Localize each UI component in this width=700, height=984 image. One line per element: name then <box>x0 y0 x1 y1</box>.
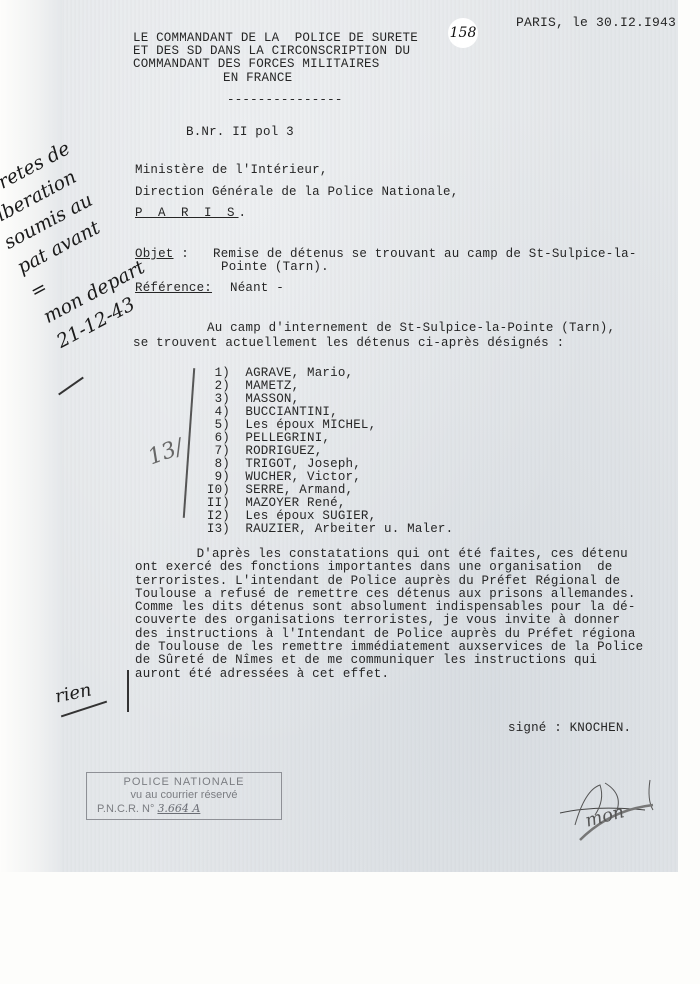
body-line: des instructions à l'Intendant de Police… <box>135 628 643 641</box>
detainee-name: PELLEGRINI, <box>230 431 330 445</box>
reference-text: Néant - <box>230 282 284 295</box>
detainee-list: 1) AGRAVE, Mario,2) MAMETZ,3) MASSON,4) … <box>204 367 453 536</box>
body-line: terroristes. L'intendant de Police auprè… <box>135 575 643 588</box>
reference-number: B.Nr. II pol 3 <box>186 126 294 139</box>
signature-line: signé : KNOCHEN. <box>508 722 631 735</box>
body-line: Toulouse a refusé de remettre ces détenu… <box>135 588 643 601</box>
stamp-line-3: P.N.C.R. N° 3.664 A <box>87 802 281 816</box>
body-line: de Toulouse de les remettre immédiatemen… <box>135 641 643 654</box>
detainee-name: AGRAVE, Mario, <box>230 366 353 380</box>
page-number-circled: 158 <box>448 18 478 48</box>
stamp-line-2: vu au courrier réservé <box>87 789 281 802</box>
objet-label: Objet <box>135 247 174 261</box>
detainee-name: BUCCIANTINI, <box>230 405 338 419</box>
detainee-name: RAUZIER, Arbeiter u. Maler. <box>230 522 453 536</box>
stamp-number: 3.664 A <box>157 802 200 815</box>
intro-line-1: Au camp d'internement de St-Sulpice-la-P… <box>207 322 615 335</box>
objet-sep: : <box>174 247 189 261</box>
detainee-name: MAMETZ, <box>230 379 299 393</box>
body-line: auront été adressées à cet effet. <box>135 668 643 681</box>
detainee-name: Les époux SUGIER, <box>230 509 376 523</box>
margin-bar <box>127 670 129 712</box>
recipient-city-name: P A R I S <box>135 206 239 220</box>
recipient-city: P A R I S. <box>135 207 246 220</box>
objet-row: Objet : <box>135 248 189 261</box>
body-line: D'après les constatations qui ont été fa… <box>135 548 643 561</box>
detainee-name: SERRE, Armand, <box>230 483 353 497</box>
body-paragraph: D'après les constatations qui ont été fa… <box>135 548 643 681</box>
detainee-name: TRIGOT, Joseph, <box>230 457 361 471</box>
recipient-line-1: Ministère de l'Intérieur, <box>135 164 328 177</box>
sender-line-3: COMMANDANT DES FORCES MILITAIRES <box>133 58 379 72</box>
place-date: PARIS, le 30.I2.I943 <box>516 16 676 29</box>
detainee-name: Les époux MICHEL, <box>230 418 376 432</box>
intro-line-2: se trouvent actuellement les détenus ci-… <box>133 337 564 350</box>
detainee-name: MAZOYER René, <box>230 496 346 510</box>
detainee-item: I3) RAUZIER, Arbeiter u. Maler. <box>204 523 453 536</box>
detainee-number: I3) <box>204 523 230 536</box>
body-line: ont exercé des fonctions importantes dan… <box>135 561 643 574</box>
stamp-line-1: POLICE NATIONALE <box>87 776 281 789</box>
sender-line-4: EN FRANCE <box>223 72 292 86</box>
detainee-name: WUCHER, Victor, <box>230 470 361 484</box>
body-line: Comme les dits détenus sont absolument i… <box>135 601 643 614</box>
police-nationale-stamp: POLICE NATIONALE vu au courrier réservé … <box>86 772 282 820</box>
detainee-name: MASSON, <box>230 392 299 406</box>
body-line: couverte des organisations terroristes, … <box>135 614 643 627</box>
stamp-line-3-label: P.N.C.R. N° <box>97 803 154 815</box>
body-line: de Sûreté de Nîmes et de me communiquer … <box>135 654 643 667</box>
header-separator: --------------- <box>227 94 343 107</box>
recipient-line-2: Direction Générale de la Police National… <box>135 186 458 199</box>
detainee-name: RODRIGUEZ, <box>230 444 322 458</box>
objet-text-2: Pointe (Tarn). <box>221 261 329 274</box>
recipient-city-suffix: . <box>239 206 247 220</box>
page-edge <box>0 0 62 872</box>
